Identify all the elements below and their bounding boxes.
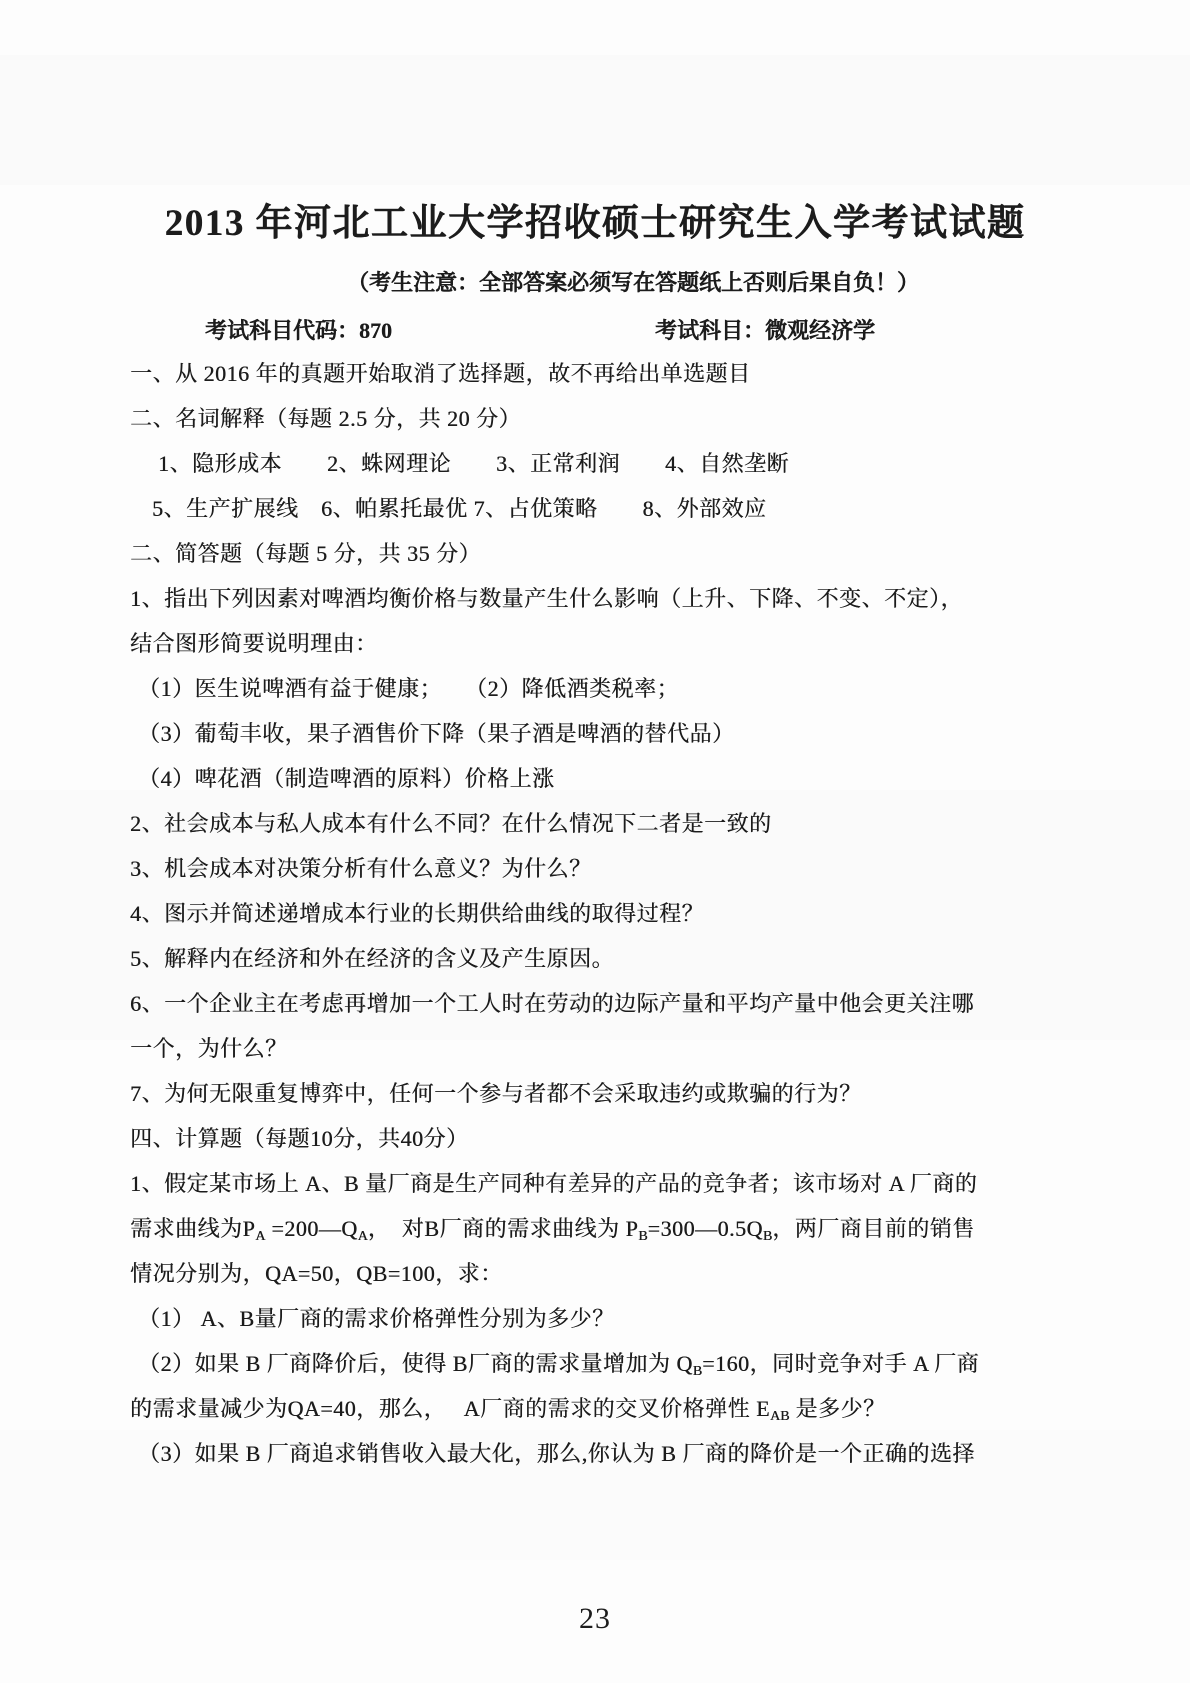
text-line: 二、名词解释（每题 2.5 分，共 20 分） (130, 396, 1130, 441)
text-line: 需求曲线为PA =200—QA， 对B厂商的需求曲线为 PB=300—0.5QB… (130, 1206, 1130, 1251)
text-line: 5、生产扩展线 6、帕累托最优 7、占优策略 8、外部效应 (130, 486, 1130, 531)
text-line: 3、机会成本对决策分析有什么意义？为什么？ (130, 846, 1130, 891)
text-line: 一、从 2016 年的真题开始取消了选择题，故不再给出单选题目 (130, 351, 1130, 396)
text-line: 4、图示并简述递增成本行业的长期供给曲线的取得过程？ (130, 891, 1130, 936)
subject-row: 考试科目代码：870 考试科目：微观经济学 (130, 314, 1070, 344)
text-line: （1） A、B量厂商的需求价格弹性分别为多少？ (130, 1296, 1130, 1341)
text-line: 1、隐形成本 2、蛛网理论 3、正常利润 4、自然垄断 (130, 441, 1130, 486)
exam-notice: （考生注意：全部答案必须写在答题纸上否则后果自负！） (76, 266, 1190, 297)
subject-code-label: 考试科目代码：870 (205, 314, 392, 345)
exam-paper-page: 2013 年河北工业大学招收硕士研究生入学考试试题 （考生注意：全部答案必须写在… (0, 0, 1190, 1683)
text-line: （3）如果 B 厂商追求销售收入最大化，那么,你认为 B 厂商的降价是一个正确的… (130, 1431, 1130, 1476)
text-line: 5、解释内在经济和外在经济的含义及产生原因。 (130, 936, 1130, 981)
scan-shade (0, 55, 1190, 185)
text-line: 7、为何无限重复博弈中，任何一个参与者都不会采取违约或欺骗的行为？ (130, 1071, 1130, 1116)
text-line: （1）医生说啤酒有益于健康； （2）降低酒类税率； (130, 666, 1130, 711)
text-line: 一个，为什么？ (130, 1026, 1130, 1071)
text-line: 1、指出下列因素对啤酒均衡价格与数量产生什么影响（上升、下降、不变、不定）， (130, 576, 1130, 621)
text-line: 二、简答题（每题 5 分，共 35 分） (130, 531, 1130, 576)
text-line: 的需求量减少为QA=40，那么， A厂商的需求的交叉价格弹性 EAB 是多少？ (130, 1386, 1130, 1431)
text-line: （3）葡萄丰收，果子酒售价下降（果子酒是啤酒的替代品） (130, 711, 1130, 756)
text-line: 四、计算题（每题10分，共40分） (130, 1116, 1130, 1161)
text-line: 结合图形简要说明理由： (130, 621, 1130, 666)
exam-title: 2013 年河北工业大学招收硕士研究生入学考试试题 (0, 192, 1190, 246)
text-line: 6、一个企业主在考虑再增加一个工人时在劳动的边际产量和平均产量中他会更关注哪 (130, 981, 1130, 1026)
exam-body: 一、从 2016 年的真题开始取消了选择题，故不再给出单选题目二、名词解释（每题… (130, 351, 1130, 1476)
page-number: 23 (0, 1602, 1190, 1636)
text-line: 1、假定某市场上 A、B 量厂商是生产同种有差异的产品的竞争者；该市场对 A 厂… (130, 1161, 1130, 1206)
subject-name-label: 考试科目：微观经济学 (655, 314, 875, 345)
text-line: （4）啤花酒（制造啤酒的原料）价格上涨 (130, 756, 1130, 801)
text-line: （2）如果 B 厂商降价后，使得 B厂商的需求量增加为 QB=160，同时竞争对… (130, 1341, 1130, 1386)
text-line: 2、社会成本与私人成本有什么不同？在什么情况下二者是一致的 (130, 801, 1130, 846)
text-line: 情况分别为，QA=50，QB=100，求： (130, 1251, 1130, 1296)
